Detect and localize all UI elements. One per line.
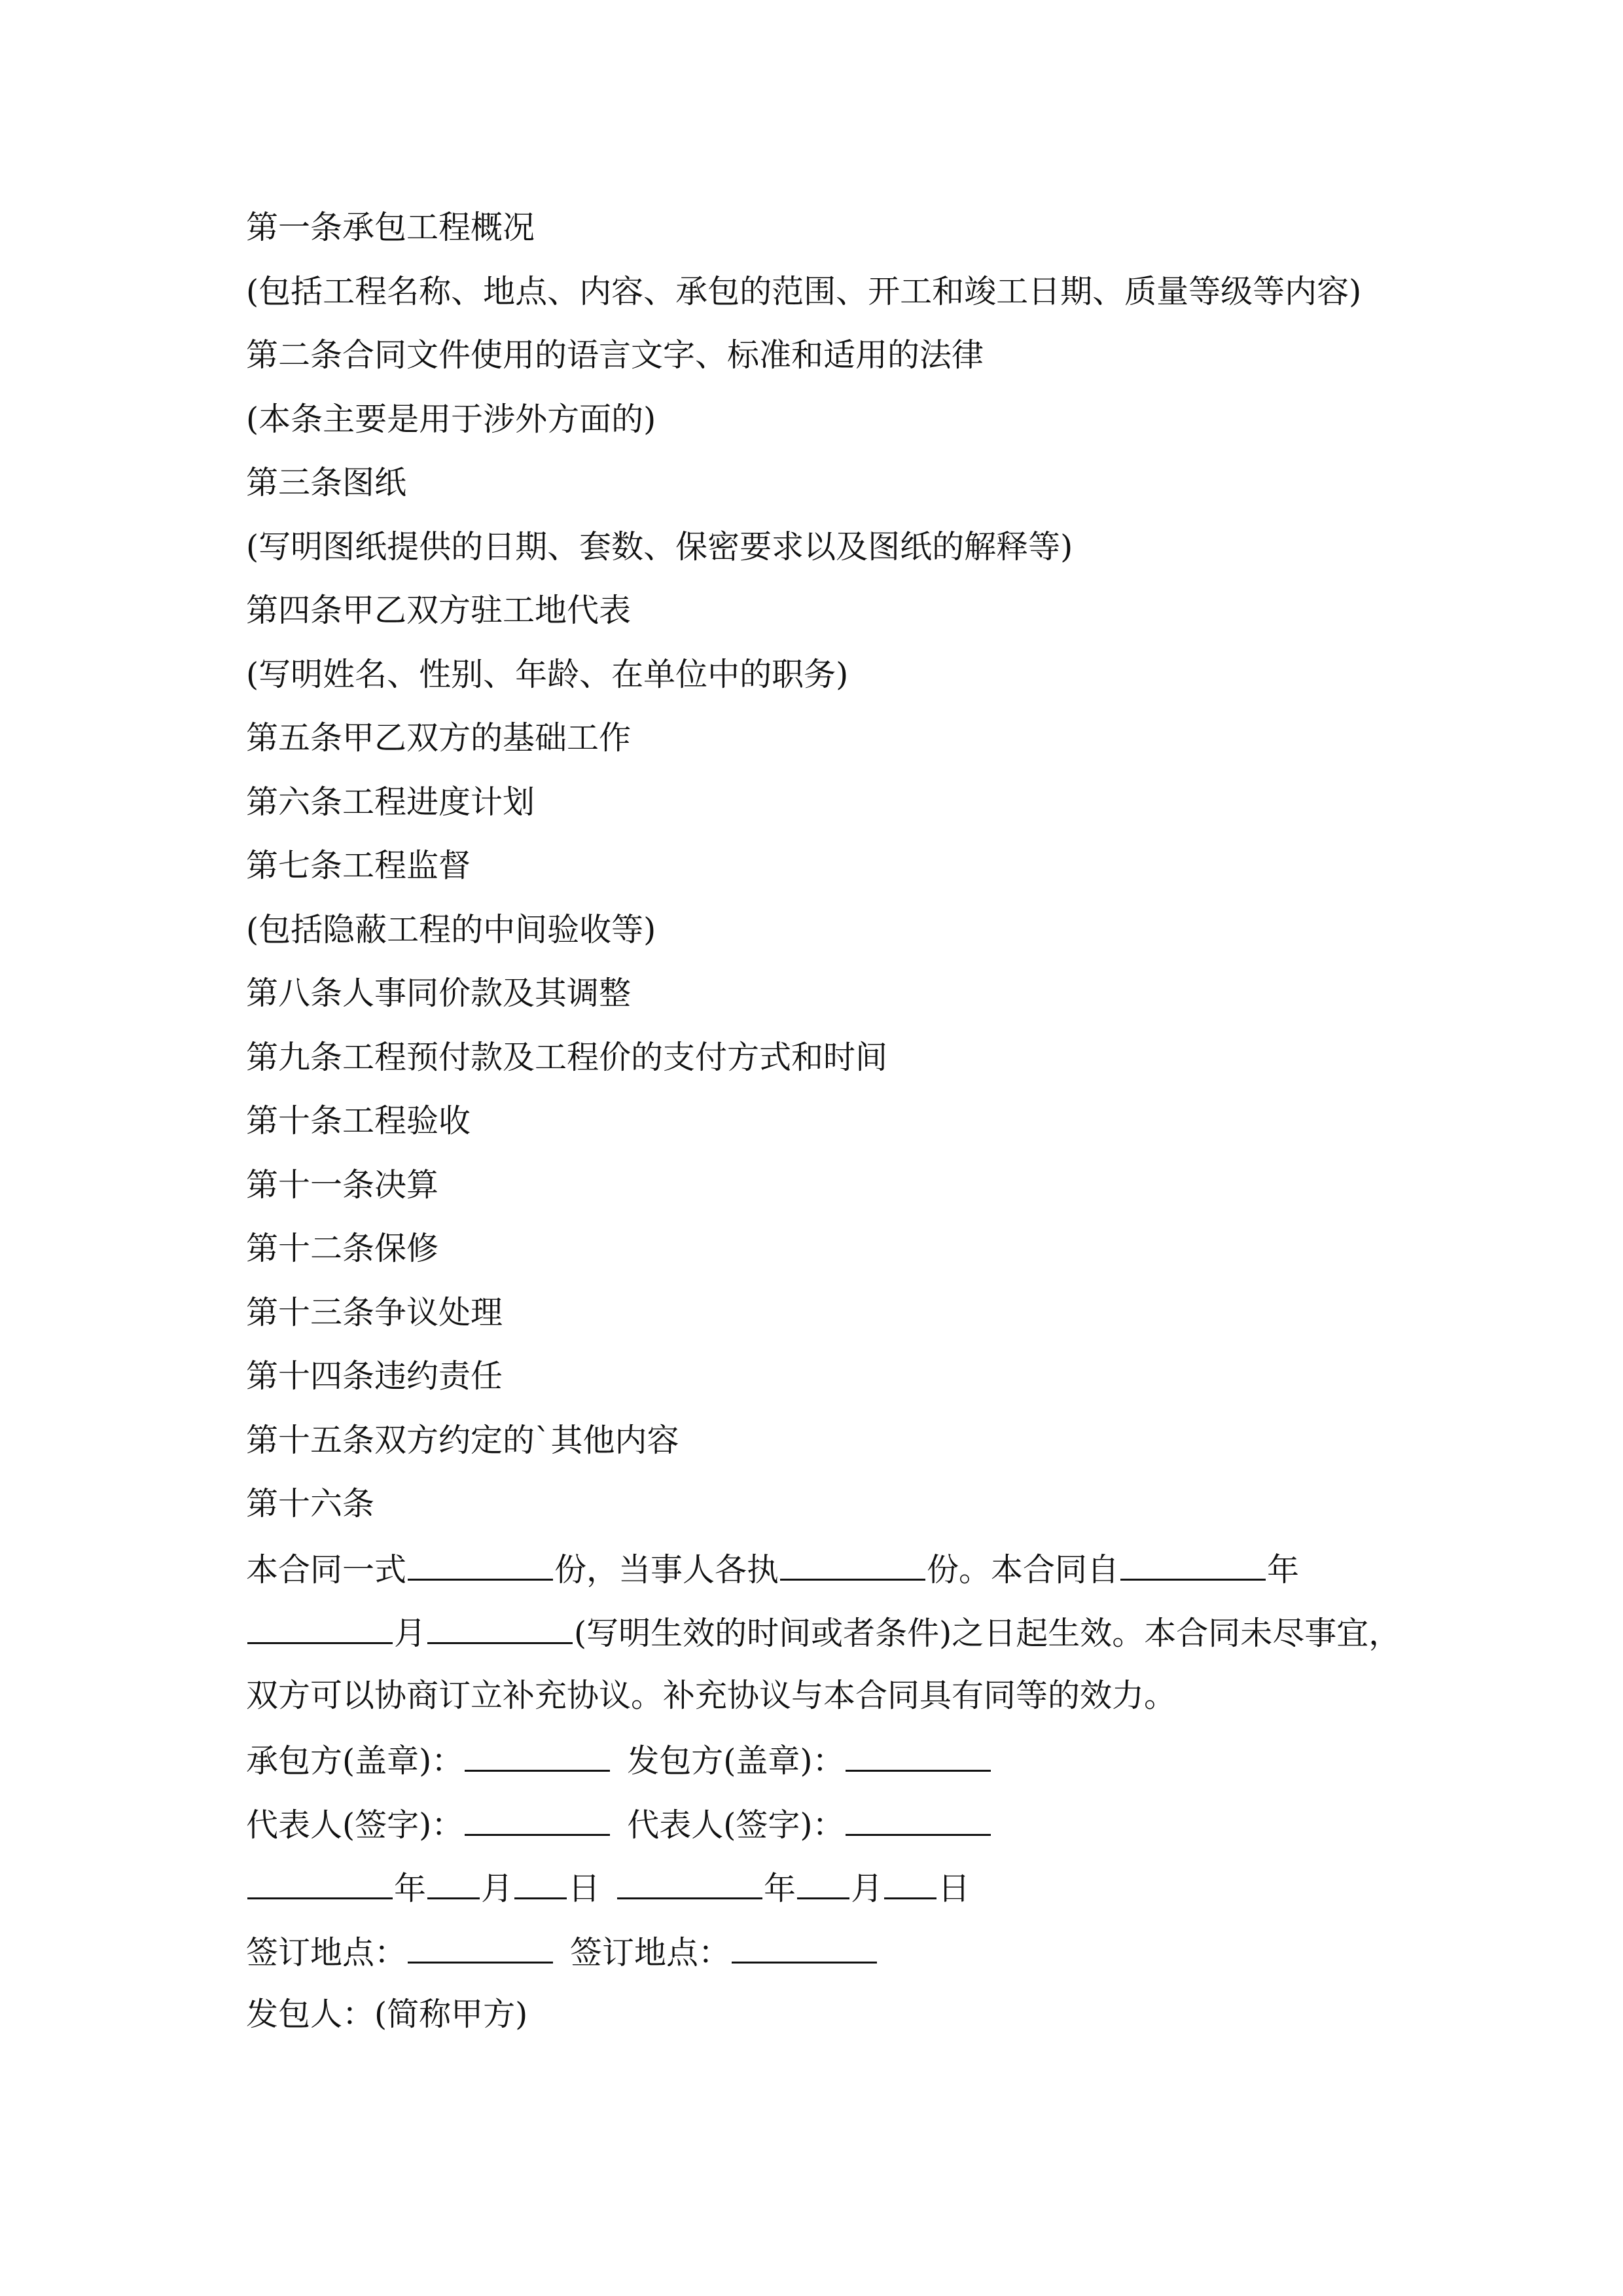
employer-year-blank[interactable]	[617, 1863, 762, 1899]
each-party-blank[interactable]	[780, 1545, 925, 1581]
contractor-day-blank[interactable]	[514, 1863, 567, 1899]
day-label: 日	[568, 1870, 600, 1907]
clause-3-note: (写明图纸提供的日期、套数、保密要求以及图纸的解释等)	[246, 524, 1398, 588]
clause-16-para-1: 本合同一式份，当事人各执份。本合同自年	[246, 1545, 1398, 1609]
clause-14-title: 第十四条违约责任	[246, 1353, 1398, 1417]
clause-1-title: 第一条承包工程概况	[246, 204, 1398, 268]
employer-rep-label: 代表人(签字)：	[627, 1806, 844, 1844]
year-label: 年	[394, 1870, 426, 1907]
clause-7-title: 第七条工程监督	[246, 842, 1398, 906]
day-label: 日	[938, 1870, 970, 1907]
date-row: 年月日年月日	[246, 1863, 1398, 1928]
clause-16-title: 第十六条	[246, 1480, 1398, 1545]
employer-seal-label: 发包方(盖章)：	[627, 1742, 844, 1780]
clause-4-note: (写明姓名、性别、年龄、在单位中的职务)	[246, 651, 1398, 715]
effective-month-blank[interactable]	[247, 1608, 393, 1644]
signing-place-blank-1[interactable]	[408, 1928, 553, 1964]
employer-rep-blank[interactable]	[846, 1800, 991, 1836]
place-row: 签订地点：签订地点：	[246, 1928, 1398, 1992]
clause-3-title: 第三条图纸	[246, 459, 1398, 524]
clause-8-title: 第八条人事同价款及其调整	[246, 970, 1398, 1034]
clause-13-title: 第十三条争议处理	[246, 1289, 1398, 1354]
clause-16-para-3: 双方可以协商订立补充协议。补充协议与本合同具有同等的效力。	[246, 1672, 1398, 1736]
clause-1-note: (包括工程名称、地点、内容、承包的范围、开工和竣工日期、质量等级等内容)	[246, 268, 1398, 332]
contractor-month-blank[interactable]	[427, 1863, 480, 1899]
contractor-rep-blank[interactable]	[465, 1800, 610, 1836]
month-label: 月	[481, 1870, 513, 1907]
effective-day-blank[interactable]	[427, 1608, 573, 1644]
contractor-rep-label: 代表人(签字)：	[246, 1806, 463, 1844]
year-label: 年	[1267, 1551, 1299, 1588]
contractor-seal-blank[interactable]	[465, 1736, 610, 1772]
employer-month-blank[interactable]	[797, 1863, 849, 1899]
clause-12-title: 第十二条保修	[246, 1225, 1398, 1289]
clause-11-title: 第十一条决算	[246, 1162, 1398, 1226]
each-party-label: 份，当事人各执	[554, 1551, 779, 1588]
clause-2-note: (本条主要是用于涉外方面的)	[246, 396, 1398, 460]
signing-place-label-2: 签订地点：	[570, 1934, 730, 1971]
contractor-year-blank[interactable]	[247, 1863, 393, 1899]
effective-from-label: 份。本合同自	[927, 1551, 1119, 1588]
clause-5-title: 第五条甲乙双方的基础工作	[246, 715, 1398, 779]
contract-page: 第一条承包工程概况 (包括工程名称、地点、内容、承包的范围、开工和竣工日期、质量…	[246, 204, 1398, 2055]
representative-row: 代表人(签字)：代表人(签字)：	[246, 1800, 1398, 1864]
contractor-seal-label: 承包方(盖章)：	[246, 1742, 463, 1780]
clause-6-title: 第六条工程进度计划	[246, 779, 1398, 843]
employer-line: 发包人：(简称甲方)	[246, 1991, 1398, 2055]
effective-year-blank[interactable]	[1120, 1545, 1266, 1581]
clause-10-title: 第十条工程验收	[246, 1098, 1398, 1162]
clause-16-para-2: 月(写明生效的时间或者条件)之日起生效。本合同未尽事宜，	[246, 1608, 1398, 1672]
signing-place-blank-2[interactable]	[732, 1928, 877, 1964]
employer-day-blank[interactable]	[884, 1863, 936, 1899]
employer-seal-blank[interactable]	[846, 1736, 991, 1772]
clause-15-title: 第十五条双方约定的`其他内容	[246, 1417, 1398, 1481]
signing-place-label-1: 签订地点：	[246, 1934, 406, 1971]
year-label: 年	[764, 1870, 796, 1907]
month-label: 月	[851, 1870, 883, 1907]
clause-2-title: 第二条合同文件使用的语言文字、标准和适用的法律	[246, 332, 1398, 396]
clause-7-note: (包括隐蔽工程的中间验收等)	[246, 906, 1398, 971]
clause-4-title: 第四条甲乙双方驻工地代表	[246, 587, 1398, 651]
month-label: 月	[394, 1615, 426, 1652]
seal-row: 承包方(盖章)：发包方(盖章)：	[246, 1736, 1398, 1800]
clause-9-title: 第九条工程预付款及工程价的支付方式和时间	[246, 1034, 1398, 1098]
effective-condition-text: (写明生效的时间或者条件)之日起生效。本合同未尽事宜，	[574, 1615, 1400, 1652]
copies-blank[interactable]	[408, 1545, 553, 1581]
copies-label: 本合同一式	[246, 1551, 406, 1588]
